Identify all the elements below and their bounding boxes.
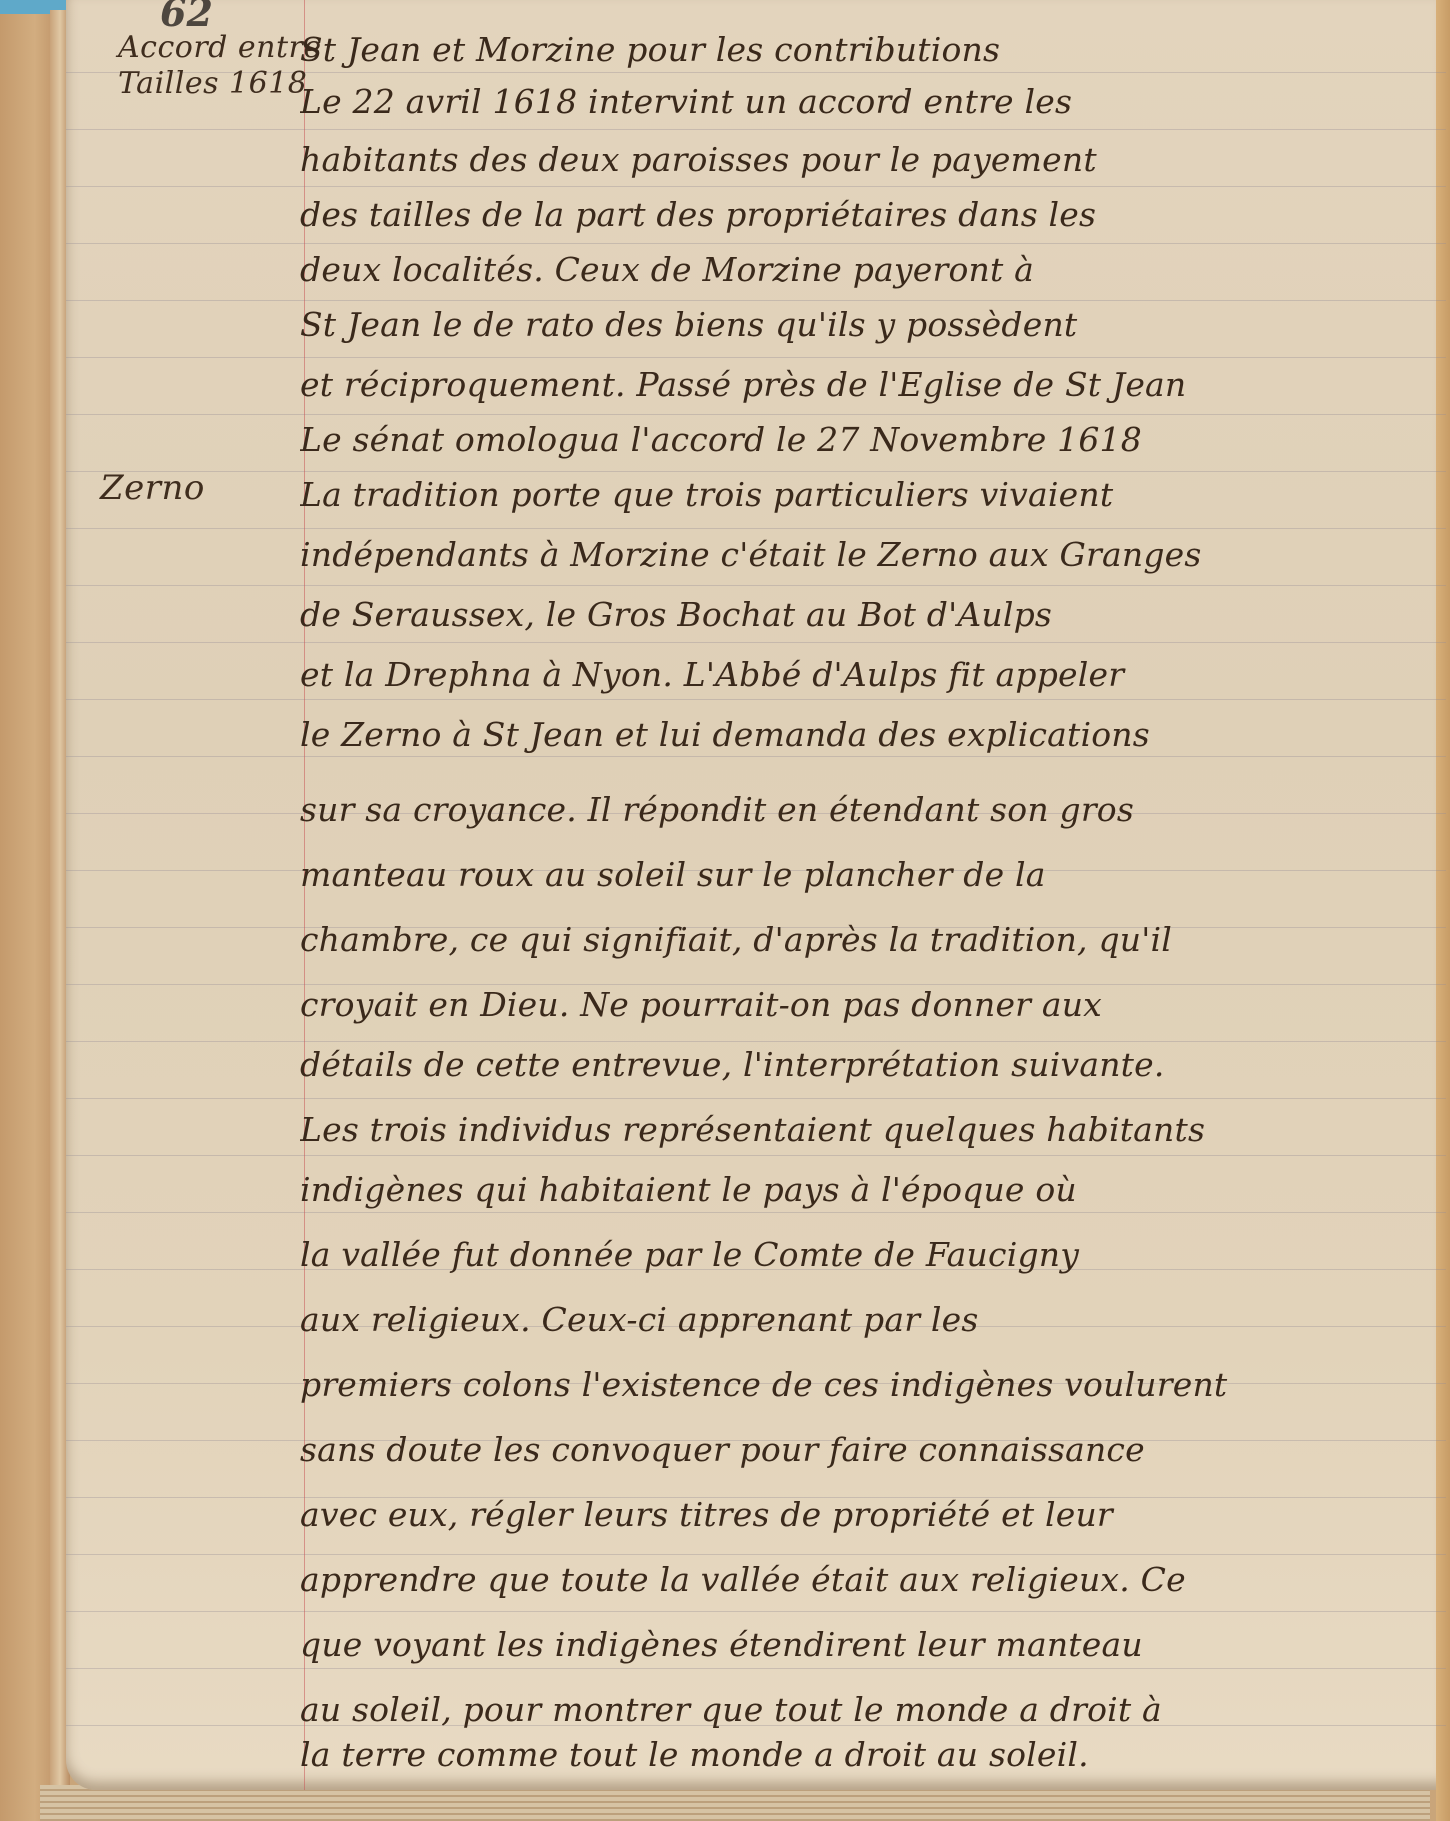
ruled-line <box>66 1554 1446 1555</box>
text-line: des tailles de la part des propriétaires… <box>300 195 1430 235</box>
text-line: détails de cette entrevue, l'interprétat… <box>300 1045 1430 1085</box>
text-line: sans doute les convoquer pour faire conn… <box>300 1430 1430 1470</box>
text-line: au soleil, pour montrer que tout le mond… <box>300 1690 1430 1730</box>
text-line: indigènes qui habitaient le pays à l'épo… <box>300 1170 1430 1210</box>
text-line: la vallée fut donnée par le Comte de Fau… <box>300 1235 1430 1275</box>
text-line: et réciproquement. Passé près de l'Eglis… <box>300 365 1430 405</box>
text-line: croyait en Dieu. Ne pourrait-on pas donn… <box>300 985 1430 1025</box>
ruled-line <box>66 129 1446 130</box>
ruled-line <box>66 471 1446 472</box>
ruled-line <box>66 1611 1446 1612</box>
text-line: aux religieux. Ceux-ci apprenant par les <box>300 1300 1430 1340</box>
ruled-line <box>66 414 1446 415</box>
text-line: que voyant les indigènes étendirent leur… <box>300 1625 1430 1665</box>
text-line: indépendants à Morzine c'était le Zerno … <box>300 535 1430 575</box>
text-line: chambre, ce qui signifiait, d'après la t… <box>300 920 1430 960</box>
ruled-line <box>66 1041 1446 1042</box>
text-line: habitants des deux paroisses pour le pay… <box>300 140 1430 180</box>
margin-note-line: Accord entre <box>118 30 322 66</box>
margin-note-accord: Accord entre Tailles 1618 <box>118 30 322 102</box>
text-line: et la Drephna à Nyon. L'Abbé d'Aulps fit… <box>300 655 1430 695</box>
text-line: apprendre que toute la vallée était aux … <box>300 1560 1430 1600</box>
text-line: Le 22 avril 1618 intervint un accord ent… <box>300 82 1430 122</box>
ruled-line <box>66 1155 1446 1156</box>
text-line: premiers colons l'existence de ces indig… <box>300 1365 1430 1405</box>
text-line: avec eux, régler leurs titres de proprié… <box>300 1495 1430 1535</box>
ruled-line <box>66 756 1446 757</box>
text-line: St Jean et Morzine pour les contribution… <box>300 30 1430 70</box>
ruled-line <box>66 642 1446 643</box>
text-line: La tradition porte que trois particulier… <box>300 475 1430 515</box>
ruled-line <box>66 1212 1446 1213</box>
text-line: manteau roux au soleil sur le plancher d… <box>300 855 1430 895</box>
text-line: St Jean le de rato des biens qu'ils y po… <box>300 305 1430 345</box>
text-line: Les trois individus représentaient quelq… <box>300 1110 1430 1150</box>
margin-note-line: Tailles 1618 <box>118 66 322 102</box>
margin-note-line: Zerno <box>100 470 205 506</box>
text-line: sur sa croyance. Il répondit en étendant… <box>300 790 1430 830</box>
page-stack-bottom <box>40 1785 1430 1821</box>
ruled-line <box>66 1668 1446 1669</box>
ruled-line <box>66 699 1446 700</box>
ruled-line <box>66 243 1446 244</box>
ruled-line <box>66 186 1446 187</box>
ruled-line <box>66 357 1446 358</box>
ruled-line <box>66 300 1446 301</box>
ruled-line <box>66 528 1446 529</box>
ruled-line <box>66 1098 1446 1099</box>
text-line: Le sénat omologua l'accord le 27 Novembr… <box>300 420 1430 460</box>
margin-note-zerno: Zerno <box>100 470 205 506</box>
text-line: la terre comme tout le monde a droit au … <box>300 1735 1430 1775</box>
ruled-line <box>66 585 1446 586</box>
text-line: deux localités. Ceux de Morzine payeront… <box>300 250 1430 290</box>
text-line: de Seraussex, le Gros Bochat au Bot d'Au… <box>300 595 1430 635</box>
text-line: le Zerno à St Jean et lui demanda des ex… <box>300 715 1430 755</box>
book-spine-right <box>1436 0 1450 1821</box>
